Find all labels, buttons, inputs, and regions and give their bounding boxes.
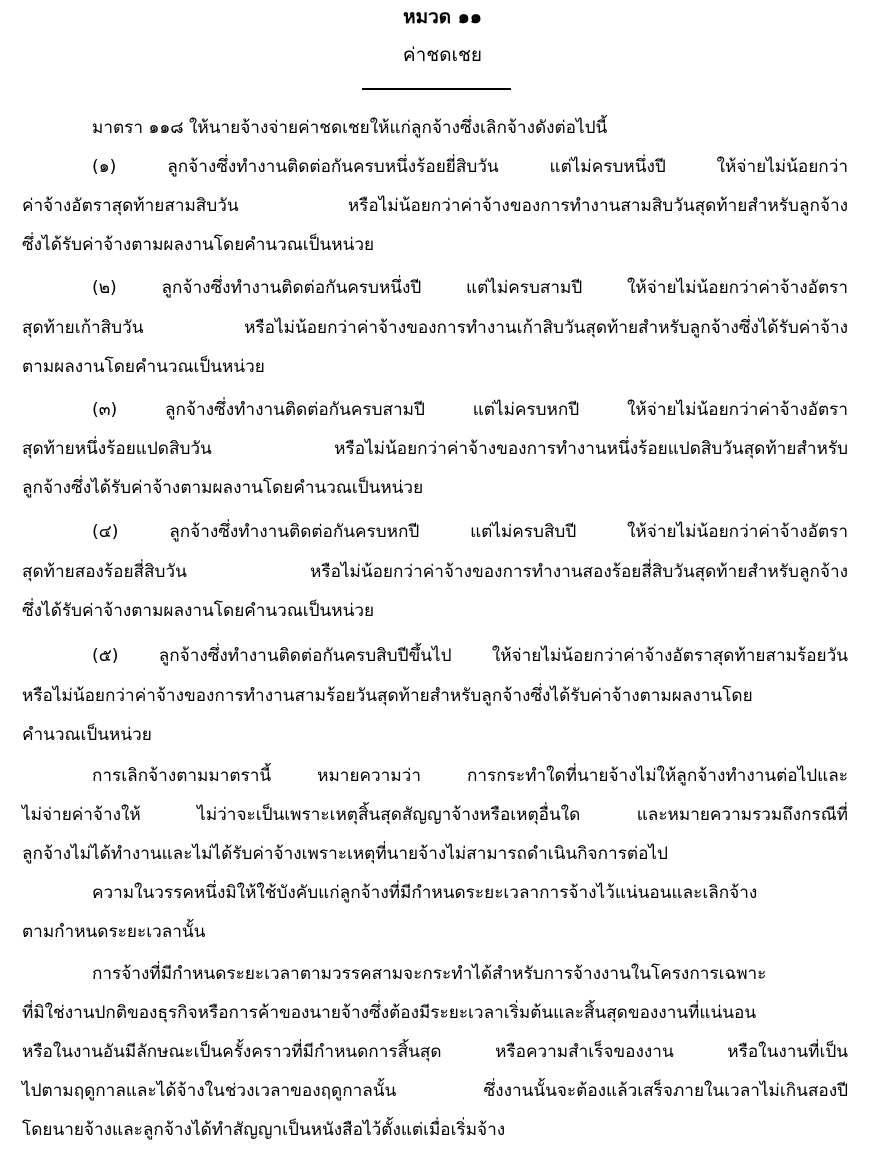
item-2-line-1: (๒) ลูกจ้างซึ่งทำงานติดต่อกันครบหนึ่งปี … bbox=[92, 276, 848, 300]
chapter-title: ค่าชดเชย bbox=[0, 40, 885, 70]
item-2-line-2: สุดท้ายเก้าสิบวัน หรือไม่น้อยกว่าค่าจ้าง… bbox=[22, 316, 848, 340]
paragraph-1-line-3: ลูกจ้างไม่ได้ทำงานและไม่ได้รับค่าจ้างเพร… bbox=[22, 842, 848, 866]
item-5-line-2: หรือไม่น้อยกว่าค่าจ้างของการทำงานสามร้อย… bbox=[22, 684, 848, 708]
item-4-line-3: ซึ่งได้รับค่าจ้างตามผลงานโดยคำนวณเป็นหน่… bbox=[22, 599, 848, 623]
item-3-line-3: ลูกจ้างซึ่งได้รับค่าจ้างตามผลงานโดยคำนวณ… bbox=[22, 476, 848, 500]
paragraph-3-line-3: หรือในงานอันมีลักษณะเป็นครั้งคราวที่มีกำ… bbox=[22, 1040, 848, 1064]
item-5-line-1: (๕) ลูกจ้างซึ่งทำงานติดต่อกันครบสิบปีขึ้… bbox=[92, 644, 848, 668]
item-1-line-3: ซึ่งได้รับค่าจ้างตามผลงานโดยคำนวณเป็นหน่… bbox=[22, 233, 848, 257]
item-3-line-2: สุดท้ายหนึ่งร้อยแปดสิบวัน หรือไม่น้อยกว่… bbox=[22, 437, 848, 461]
heading-divider bbox=[362, 88, 511, 90]
paragraph-1-line-1: การเลิกจ้างตามมาตรานี้ หมายความว่า การกร… bbox=[92, 764, 848, 788]
item-4-line-1: (๔) ลูกจ้างซึ่งทำงานติดต่อกันครบหกปี แต่… bbox=[92, 520, 848, 544]
paragraph-2-line-2: ตามกำหนดระยะเวลานั้น bbox=[22, 920, 848, 944]
item-3-line-1: (๓) ลูกจ้างซึ่งทำงานติดต่อกันครบสามปี แต… bbox=[92, 398, 848, 422]
paragraph-1-line-2: ไม่จ่ายค่าจ้างให้ ไม่ว่าจะเป็นเพราะเหตุส… bbox=[22, 803, 848, 827]
paragraph-3-line-4: ไปตามฤดูกาลและได้จ้างในช่วงเวลาของฤดูกาล… bbox=[22, 1079, 848, 1103]
item-5-line-3: คำนวณเป็นหน่วย bbox=[22, 723, 848, 747]
item-2-line-3: ตามผลงานโดยคำนวณเป็นหน่วย bbox=[22, 355, 848, 379]
paragraph-3-line-1: การจ้างที่มีกำหนดระยะเวลาตามวรรคสามจะกระ… bbox=[92, 962, 848, 986]
item-1-line-1: (๑) ลูกจ้างซึ่งทำงานติดต่อกันครบหนึ่งร้อ… bbox=[92, 155, 848, 179]
section-intro: มาตรา ๑๑๘ ให้นายจ้างจ่ายค่าชดเชยให้แก่ลู… bbox=[92, 116, 607, 140]
paragraph-3-line-2: ที่มิใช่งานปกติของธุรกิจหรือการค้าของนาย… bbox=[22, 1001, 848, 1025]
paragraph-3-line-5: โดยนายจ้างและลูกจ้างได้ทำสัญญาเป็นหนังสื… bbox=[22, 1118, 848, 1142]
chapter-label: หมวด ๑๑ bbox=[0, 2, 885, 32]
item-1-line-2: ค่าจ้างอัตราสุดท้ายสามสิบวัน หรือไม่น้อย… bbox=[22, 194, 848, 218]
item-4-line-2: สุดท้ายสองร้อยสี่สิบวัน หรือไม่น้อยกว่าค… bbox=[22, 560, 848, 584]
paragraph-2-line-1: ความในวรรคหนึ่งมิให้ใช้บังคับแก่ลูกจ้างท… bbox=[92, 881, 848, 905]
document-page: หมวด ๑๑ ค่าชดเชย มาตรา ๑๑๘ ให้นายจ้างจ่า… bbox=[0, 0, 885, 1150]
